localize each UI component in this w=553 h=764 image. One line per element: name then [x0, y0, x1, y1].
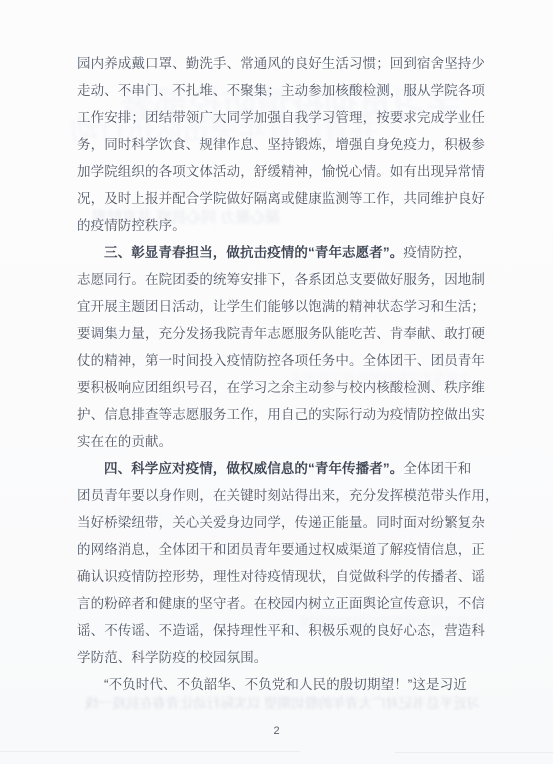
line-text: 的网络消息，全体团干和团员青年要通过权威渠道了解疫情信息，正 — [77, 542, 485, 557]
line-text: “不负时代、不负韶华、不负党和人民的殷切期望！”这是习近 — [104, 677, 467, 692]
line-text: 谣、不传谣、不造谣，保持理性平和、积极乐观的良好心态，营造科 — [77, 623, 485, 638]
page-number: 2 — [0, 725, 553, 737]
line-text: 学防范、科学防疫的校园氛围。 — [77, 650, 267, 665]
heading-bold-text: 三、彰显青春担当，做抗击疫情的“青年志愿者”。 — [104, 245, 403, 260]
scan-artifact-line — [0, 751, 300, 752]
body-line: 工作安排；团结带领广大同学加强自我学习管理，按要求完成学业任 — [77, 104, 507, 131]
scanned-document-page: 学习贯彻疫情防控部署共青团青年突击队伍行动凝心聚力 同心抗疫 共克时艰全面落实学… — [0, 0, 553, 764]
body-line: 宜开展主题团日活动，让学生们能够以饱满的精神状态学习和生活； — [77, 293, 507, 320]
body-line: 园内养成戴口罩、勤洗手、常通风的良好生活习惯；回到宿舍坚持少 — [77, 50, 507, 77]
line-text: 疫情防控， — [403, 245, 471, 260]
heading-line: 三、彰显青春担当，做抗击疫情的“青年志愿者”。疫情防控， — [77, 239, 507, 266]
line-text: 宜开展主题团日活动，让学生们能够以饱满的精神状态学习和生活； — [77, 299, 485, 314]
line-text: 园内养成戴口罩、勤洗手、常通风的良好生活习惯；回到宿舍坚持少 — [77, 56, 485, 71]
line-text: 务，同时科学饮食、规律作息、坚持锻炼，增强自身免疫力，积极参 — [77, 137, 485, 152]
body-line: 要积极响应团组织号召，在学习之余主动参与校内核酸检测、秩序维 — [77, 374, 507, 401]
scan-artifact-line — [395, 752, 553, 753]
body-line: 确认识疫情防控形势，理性对待疫情现状，自觉做科学的传播者、谣 — [77, 563, 507, 590]
body-line: 谣、不传谣、不造谣，保持理性平和、积极乐观的良好心态，营造科 — [77, 617, 507, 644]
body-line: 当好桥梁纽带，关心关爱身边同学，传递正能量。同时面对纷繁复杂 — [77, 509, 507, 536]
line-text: 全体团干和 — [403, 461, 471, 476]
body-line: 加学院组织的各项文体活动，舒缓精神，愉悦心情。如有出现异常情 — [77, 158, 507, 185]
heading-bold-text: 四、科学应对疫情，做权威信息的“青年传播者”。 — [104, 461, 403, 476]
heading-line: 四、科学应对疫情，做权威信息的“青年传播者”。全体团干和 — [77, 455, 507, 482]
body-line: 言的粉碎者和健康的坚守者。在校园内树立正面舆论宣传意识，不信 — [77, 590, 507, 617]
line-text: 实在在的贡献。 — [77, 434, 172, 449]
line-text: 当好桥梁纽带，关心关爱身边同学，传递正能量。同时面对纷繁复杂 — [77, 515, 485, 530]
line-text: 的疫情防控秩序。 — [77, 218, 186, 233]
line-text: 团员青年要以身作则，在关键时刻站得出来，充分发挥模范带头作用， — [77, 488, 499, 503]
line-text: 志愿同行。在院团委的统筹安排下，各系团总支要做好服务，因地制 — [77, 272, 485, 287]
body-line: “不负时代、不负韶华、不负党和人民的殷切期望！”这是习近 — [77, 671, 507, 698]
body-line: 务，同时科学饮食、规律作息、坚持锻炼，增强自身免疫力，积极参 — [77, 131, 507, 158]
line-text: 要调集力量，充分发扬我院青年志愿服务队能吃苦、肯奉献、敢打硬 — [77, 326, 485, 341]
body-line: 的网络消息，全体团干和团员青年要通过权威渠道了解疫情信息，正 — [77, 536, 507, 563]
line-text: 确认识疫情防控形势，理性对待疫情现状，自觉做科学的传播者、谣 — [77, 569, 485, 584]
body-line: 的疫情防控秩序。 — [77, 212, 507, 239]
line-text: 加学院组织的各项文体活动，舒缓精神，愉悦心情。如有出现异常情 — [77, 164, 485, 179]
body-line: 走动、不串门、不扎堆、不聚集；主动参加核酸检测，服从学院各项 — [77, 77, 507, 104]
body-line: 要调集力量，充分发扬我院青年志愿服务队能吃苦、肯奉献、敢打硬 — [77, 320, 507, 347]
line-text: 仗的精神，第一时间投入疫情防控各项任务中。全体团干、团员青年 — [77, 353, 485, 368]
body-line: 学防范、科学防疫的校园氛围。 — [77, 644, 507, 671]
line-text: 要积极响应团组织号召，在学习之余主动参与校内核酸检测、秩序维 — [77, 380, 485, 395]
body-line: 志愿同行。在院团委的统筹安排下，各系团总支要做好服务，因地制 — [77, 266, 507, 293]
line-text: 工作安排；团结带领广大同学加强自我学习管理，按要求完成学业任 — [77, 110, 485, 125]
body-line: 实在在的贡献。 — [77, 428, 507, 455]
line-text: 言的粉碎者和健康的坚守者。在校园内树立正面舆论宣传意识，不信 — [77, 596, 485, 611]
document-text-block: 园内养成戴口罩、勤洗手、常通风的良好生活习惯；回到宿舍坚持少走动、不串门、不扎堆… — [77, 50, 507, 698]
body-line: 况，及时上报并配合学院做好隔离或健康监测等工作，共同维护良好 — [77, 185, 507, 212]
line-text: 护、信息排查等志愿服务工作，用自己的实际行动为疫情防控做出实 — [77, 407, 485, 422]
body-line: 团员青年要以身作则，在关键时刻站得出来，充分发挥模范带头作用， — [77, 482, 507, 509]
line-text: 况，及时上报并配合学院做好隔离或健康监测等工作，共同维护良好 — [77, 191, 485, 206]
line-text: 走动、不串门、不扎堆、不聚集；主动参加核酸检测，服从学院各项 — [77, 83, 485, 98]
body-line: 仗的精神，第一时间投入疫情防控各项任务中。全体团干、团员青年 — [77, 347, 507, 374]
body-line: 护、信息排查等志愿服务工作，用自己的实际行动为疫情防控做出实 — [77, 401, 507, 428]
